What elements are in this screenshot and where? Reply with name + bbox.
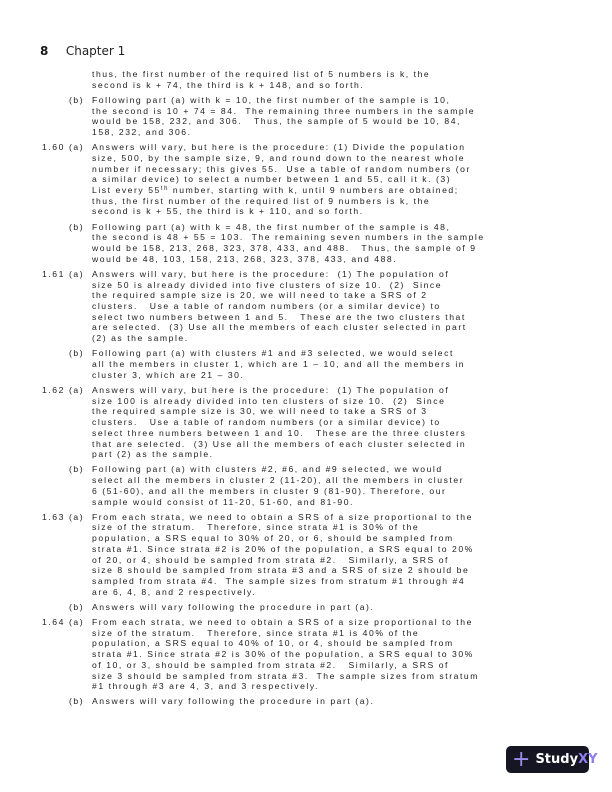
solution-block: (b)Following part (a) with clusters #1 a… — [0, 348, 612, 380]
part-label: (b) — [69, 602, 84, 613]
text-line: second is k + 55, the third is k + 110, … — [92, 206, 542, 217]
text-line: size 8 should be sampled from strata #3 … — [92, 565, 542, 576]
problem-number: 1.62 — [42, 385, 65, 396]
text-line: all the members in cluster 1, which are … — [92, 359, 542, 370]
text-line: From each strata, we need to obtain a SR… — [92, 512, 542, 523]
text-line: 6 (51-60), and all the members in cluste… — [92, 486, 542, 497]
text-line: size of the stratum. Therefore, since st… — [92, 522, 542, 533]
text-line: strata #1. Since strata #2 is 30% of the… — [92, 649, 542, 660]
text-line: population, a SRS equal to 30% of 20, or… — [92, 533, 542, 544]
text-line: cluster 3, which are 21 – 30. — [92, 370, 542, 381]
text-line: are 6, 4, 8, and 2 respectively. — [92, 587, 542, 598]
part-label: (a) — [69, 142, 84, 153]
plus-icon: + — [512, 746, 530, 773]
text-line: Following part (a) with k = 48, the firs… — [92, 222, 542, 233]
answer-text: Answers will vary, but here is the proce… — [92, 269, 542, 344]
text-line: sampled from strata #4. The sample sizes… — [92, 576, 542, 587]
text-line: size of the stratum. Therefore, since st… — [92, 628, 542, 639]
answer-text: From each strata, we need to obtain a SR… — [92, 617, 542, 692]
text-line: From each strata, we need to obtain a SR… — [92, 617, 542, 628]
text-line: Answers will vary following the procedur… — [92, 696, 542, 707]
text-line: 158, 232, and 306. — [92, 127, 542, 138]
text-line: size, 500, by the sample size, 9, and ro… — [92, 153, 542, 164]
text-line: thus, the first number of the required l… — [92, 196, 542, 207]
problem-number: 1.63 — [42, 512, 65, 523]
text-line: that are selected. (3) Use all the membe… — [92, 439, 542, 450]
text-line: a similar device) to select a number bet… — [92, 174, 542, 185]
text-line: clusters. Use a table of random numbers … — [92, 301, 542, 312]
answer-text: Following part (a) with k = 48, the firs… — [92, 222, 542, 265]
text-line: select two numbers between 1 and 5. Thes… — [92, 312, 542, 323]
text-line: size 3 should be sampled from strata #3.… — [92, 671, 542, 682]
text-line: sample would consist of 11-20, 51-60, an… — [92, 497, 542, 508]
solution-block: (b)Following part (a) with clusters #2, … — [0, 464, 612, 507]
text-line: strata #1. Since strata #2 is 20% of the… — [92, 544, 542, 555]
text-line: Answers will vary, but here is the proce… — [92, 142, 542, 153]
text-line: are selected. (3) Use all the members of… — [92, 322, 542, 333]
text-line: Following part (a) with clusters #2, #6,… — [92, 464, 542, 475]
text-line: Following part (a) with clusters #1 and … — [92, 348, 542, 359]
text-line: second is k + 74, the third is k + 148, … — [92, 80, 542, 91]
page-header: 8 Chapter 1 — [40, 44, 125, 58]
solution-block: thus, the first number of the required l… — [0, 69, 612, 90]
text-line: of 10, or 3, should be sampled from stra… — [92, 660, 542, 671]
answer-text: Following part (a) with clusters #1 and … — [92, 348, 542, 380]
page-number: 8 — [40, 44, 48, 58]
answer-text: Following part (a) with k = 10, the firs… — [92, 95, 542, 138]
part-label: (b) — [69, 464, 84, 475]
solution-block: 1.63(a)From each strata, we need to obta… — [0, 512, 612, 598]
text-line: the required sample size is 20, we will … — [92, 290, 542, 301]
solution-block: 1.61(a)Answers will vary, but here is th… — [0, 269, 612, 344]
part-label: (a) — [69, 617, 84, 628]
part-label: (a) — [69, 269, 84, 280]
part-label: (b) — [69, 696, 84, 707]
part-label: (b) — [69, 95, 84, 106]
answer-text: Following part (a) with clusters #2, #6,… — [92, 464, 542, 507]
part-label: (b) — [69, 222, 84, 233]
text-line: the second is 10 + 74 = 84. The remainin… — [92, 106, 542, 117]
text-line: the second is 48 + 55 = 103. The remaini… — [92, 232, 542, 243]
text-line: clusters. Use a table of random numbers … — [92, 417, 542, 428]
text-line: would be 158, 213, 268, 323, 378, 433, a… — [92, 243, 542, 254]
solution-block: (b)Answers will vary following the proce… — [0, 696, 612, 707]
text-line: select all the members in cluster 2 (11-… — [92, 475, 542, 486]
studyxy-badge[interactable]: + StudyXY — [506, 746, 589, 773]
solution-block: (b)Following part (a) with k = 48, the f… — [0, 222, 612, 265]
chapter-title: Chapter 1 — [66, 44, 125, 58]
text-line: Answers will vary following the procedur… — [92, 602, 542, 613]
text-line: List every 55th number, starting with k,… — [92, 185, 542, 196]
problem-number: 1.60 — [42, 142, 65, 153]
text-line: thus, the first number of the required l… — [92, 69, 542, 80]
part-label: (b) — [69, 348, 84, 359]
text-line: (2) as the sample. — [92, 333, 542, 344]
text-line: population, a SRS equal to 40% of 10, or… — [92, 638, 542, 649]
answer-text: Answers will vary, but here is the proce… — [92, 385, 542, 460]
text-line: Answers will vary, but here is the proce… — [92, 269, 542, 280]
solution-block: 1.64(a)From each strata, we need to obta… — [0, 617, 612, 692]
brand-name: StudyXY — [535, 752, 597, 767]
text-line: size 50 is already divided into five clu… — [92, 280, 542, 291]
text-line: Following part (a) with k = 10, the firs… — [92, 95, 542, 106]
solution-block: (b)Answers will vary following the proce… — [0, 602, 612, 613]
text-line: select three numbers between 1 and 10. T… — [92, 428, 542, 439]
text-line: would be 158, 232, and 306. Thus, the sa… — [92, 116, 542, 127]
text-line: would be 48, 103, 158, 213, 268, 323, 37… — [92, 254, 542, 265]
text-line: the required sample size is 30, we will … — [92, 406, 542, 417]
answer-text: Answers will vary, but here is the proce… — [92, 142, 542, 217]
text-line: size 100 is already divided into ten clu… — [92, 396, 542, 407]
solution-block: (b)Following part (a) with k = 10, the f… — [0, 95, 612, 138]
solution-block: 1.62(a)Answers will vary, but here is th… — [0, 385, 612, 460]
solution-block: 1.60(a)Answers will vary, but here is th… — [0, 142, 612, 217]
answer-text: thus, the first number of the required l… — [92, 69, 542, 90]
problem-number: 1.64 — [42, 617, 65, 628]
text-line: number if necessary; this gives 55. Use … — [92, 164, 542, 175]
text-line: #1 through #3 are 4, 3, and 3 respective… — [92, 681, 542, 692]
text-line: of 20, or 4, should be sampled from stra… — [92, 555, 542, 566]
text-line: Answers will vary, but here is the proce… — [92, 385, 542, 396]
problem-number: 1.61 — [42, 269, 65, 280]
solutions-content: thus, the first number of the required l… — [0, 69, 612, 712]
part-label: (a) — [69, 512, 84, 523]
text-line: part (2) as the sample. — [92, 449, 542, 460]
part-label: (a) — [69, 385, 84, 396]
answer-text: Answers will vary following the procedur… — [92, 696, 542, 707]
answer-text: From each strata, we need to obtain a SR… — [92, 512, 542, 598]
answer-text: Answers will vary following the procedur… — [92, 602, 542, 613]
